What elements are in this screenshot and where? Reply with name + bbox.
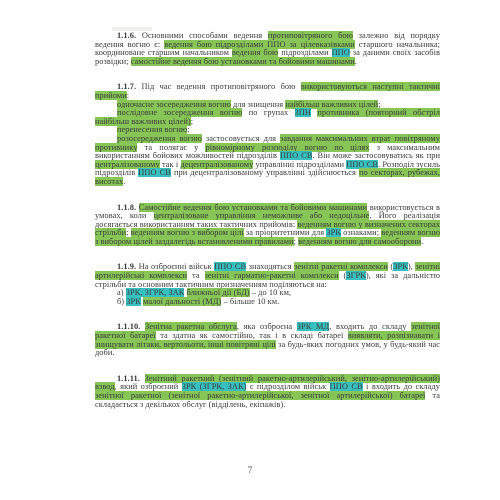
page-body: 1.1.6. Основними способами ведення проти… — [95, 32, 440, 409]
body-text: . — [421, 237, 423, 246]
document-page: 1.1.6. Основними способами ведення проти… — [0, 0, 500, 500]
highlight-green-text: ведення бою — [232, 48, 278, 57]
body-text: застосовується для — [202, 134, 280, 143]
highlight-green-text: самостійне ведення бою установками та бо… — [131, 57, 355, 66]
body-text: : — [127, 91, 129, 100]
highlight-cyan-text: ППО — [332, 48, 350, 57]
highlight-green-text: веденням вогню з вибором цілі — [131, 228, 244, 237]
list-item-b: б) ЗРК малої дальності (МД) – більше 10 … — [95, 298, 440, 307]
body-text: . — [123, 177, 125, 186]
highlight-cyan-text: ЗРК — [326, 228, 341, 237]
body-text: ознаками; — [341, 228, 381, 237]
highlight-cyan-text: ЗГРК — [346, 271, 365, 280]
highlight-green-text: послідовне зосередження вогню — [117, 108, 242, 117]
highlight-green-text: перенесення вогню — [117, 125, 187, 134]
paragraph-rozoseredzhennia: розосередження вогню застосовується для … — [95, 135, 440, 187]
highlight-cyan-text: ЗРК, ЗГРК, ЗАК — [126, 288, 185, 297]
body-text: . — [355, 57, 357, 66]
paragraph-1-1-11: 1.1.11. Зенітний ракетний (зенітний раке… — [95, 375, 440, 409]
body-text: – більше 10 км. — [221, 297, 279, 306]
body-text: по групах — [242, 108, 294, 117]
highlight-cyan-text: ЗПН — [295, 108, 311, 117]
page-number: 7 — [0, 465, 500, 475]
highlight-cyan-text: ППО СВ — [138, 168, 171, 177]
paragraph-1-1-8: 1.1.8. Самостійне ведення бою установкам… — [95, 204, 440, 247]
paragraph-1-1-10: 1.1.10. Зенітна ракетна обслуга, яка озб… — [95, 323, 440, 357]
highlight-green-text: веденням вогню для самооборони — [298, 237, 421, 246]
paragraph-1-1-7: 1.1.7. Під час ведення протиповітряного … — [95, 83, 440, 100]
body-text: Під час ведення протиповітряного бою — [141, 82, 300, 91]
body-text: за пріоритетними для — [244, 228, 327, 237]
body-text: ; — [187, 125, 189, 134]
body-text: ; — [191, 117, 193, 126]
highlight-green-text: протиповітряного бою — [268, 31, 353, 40]
body-text: підрозділами — [278, 48, 331, 57]
paragraph-1-1-9: 1.1.9. На озброєнні військ ППО СВ знаход… — [95, 263, 440, 289]
list-item-poslidovne: послідовне зосередження вогню по групах … — [95, 109, 440, 126]
highlight-cyan-text: ЗРК — [126, 297, 141, 306]
body-text: б) — [117, 297, 126, 306]
body-text: при децентралізованому управлінні здійсн… — [171, 168, 359, 177]
highlight-green-text: малої дальності (МД) — [143, 297, 221, 306]
paragraph-1-1-6: 1.1.6. Основними способами ведення проти… — [95, 32, 440, 66]
